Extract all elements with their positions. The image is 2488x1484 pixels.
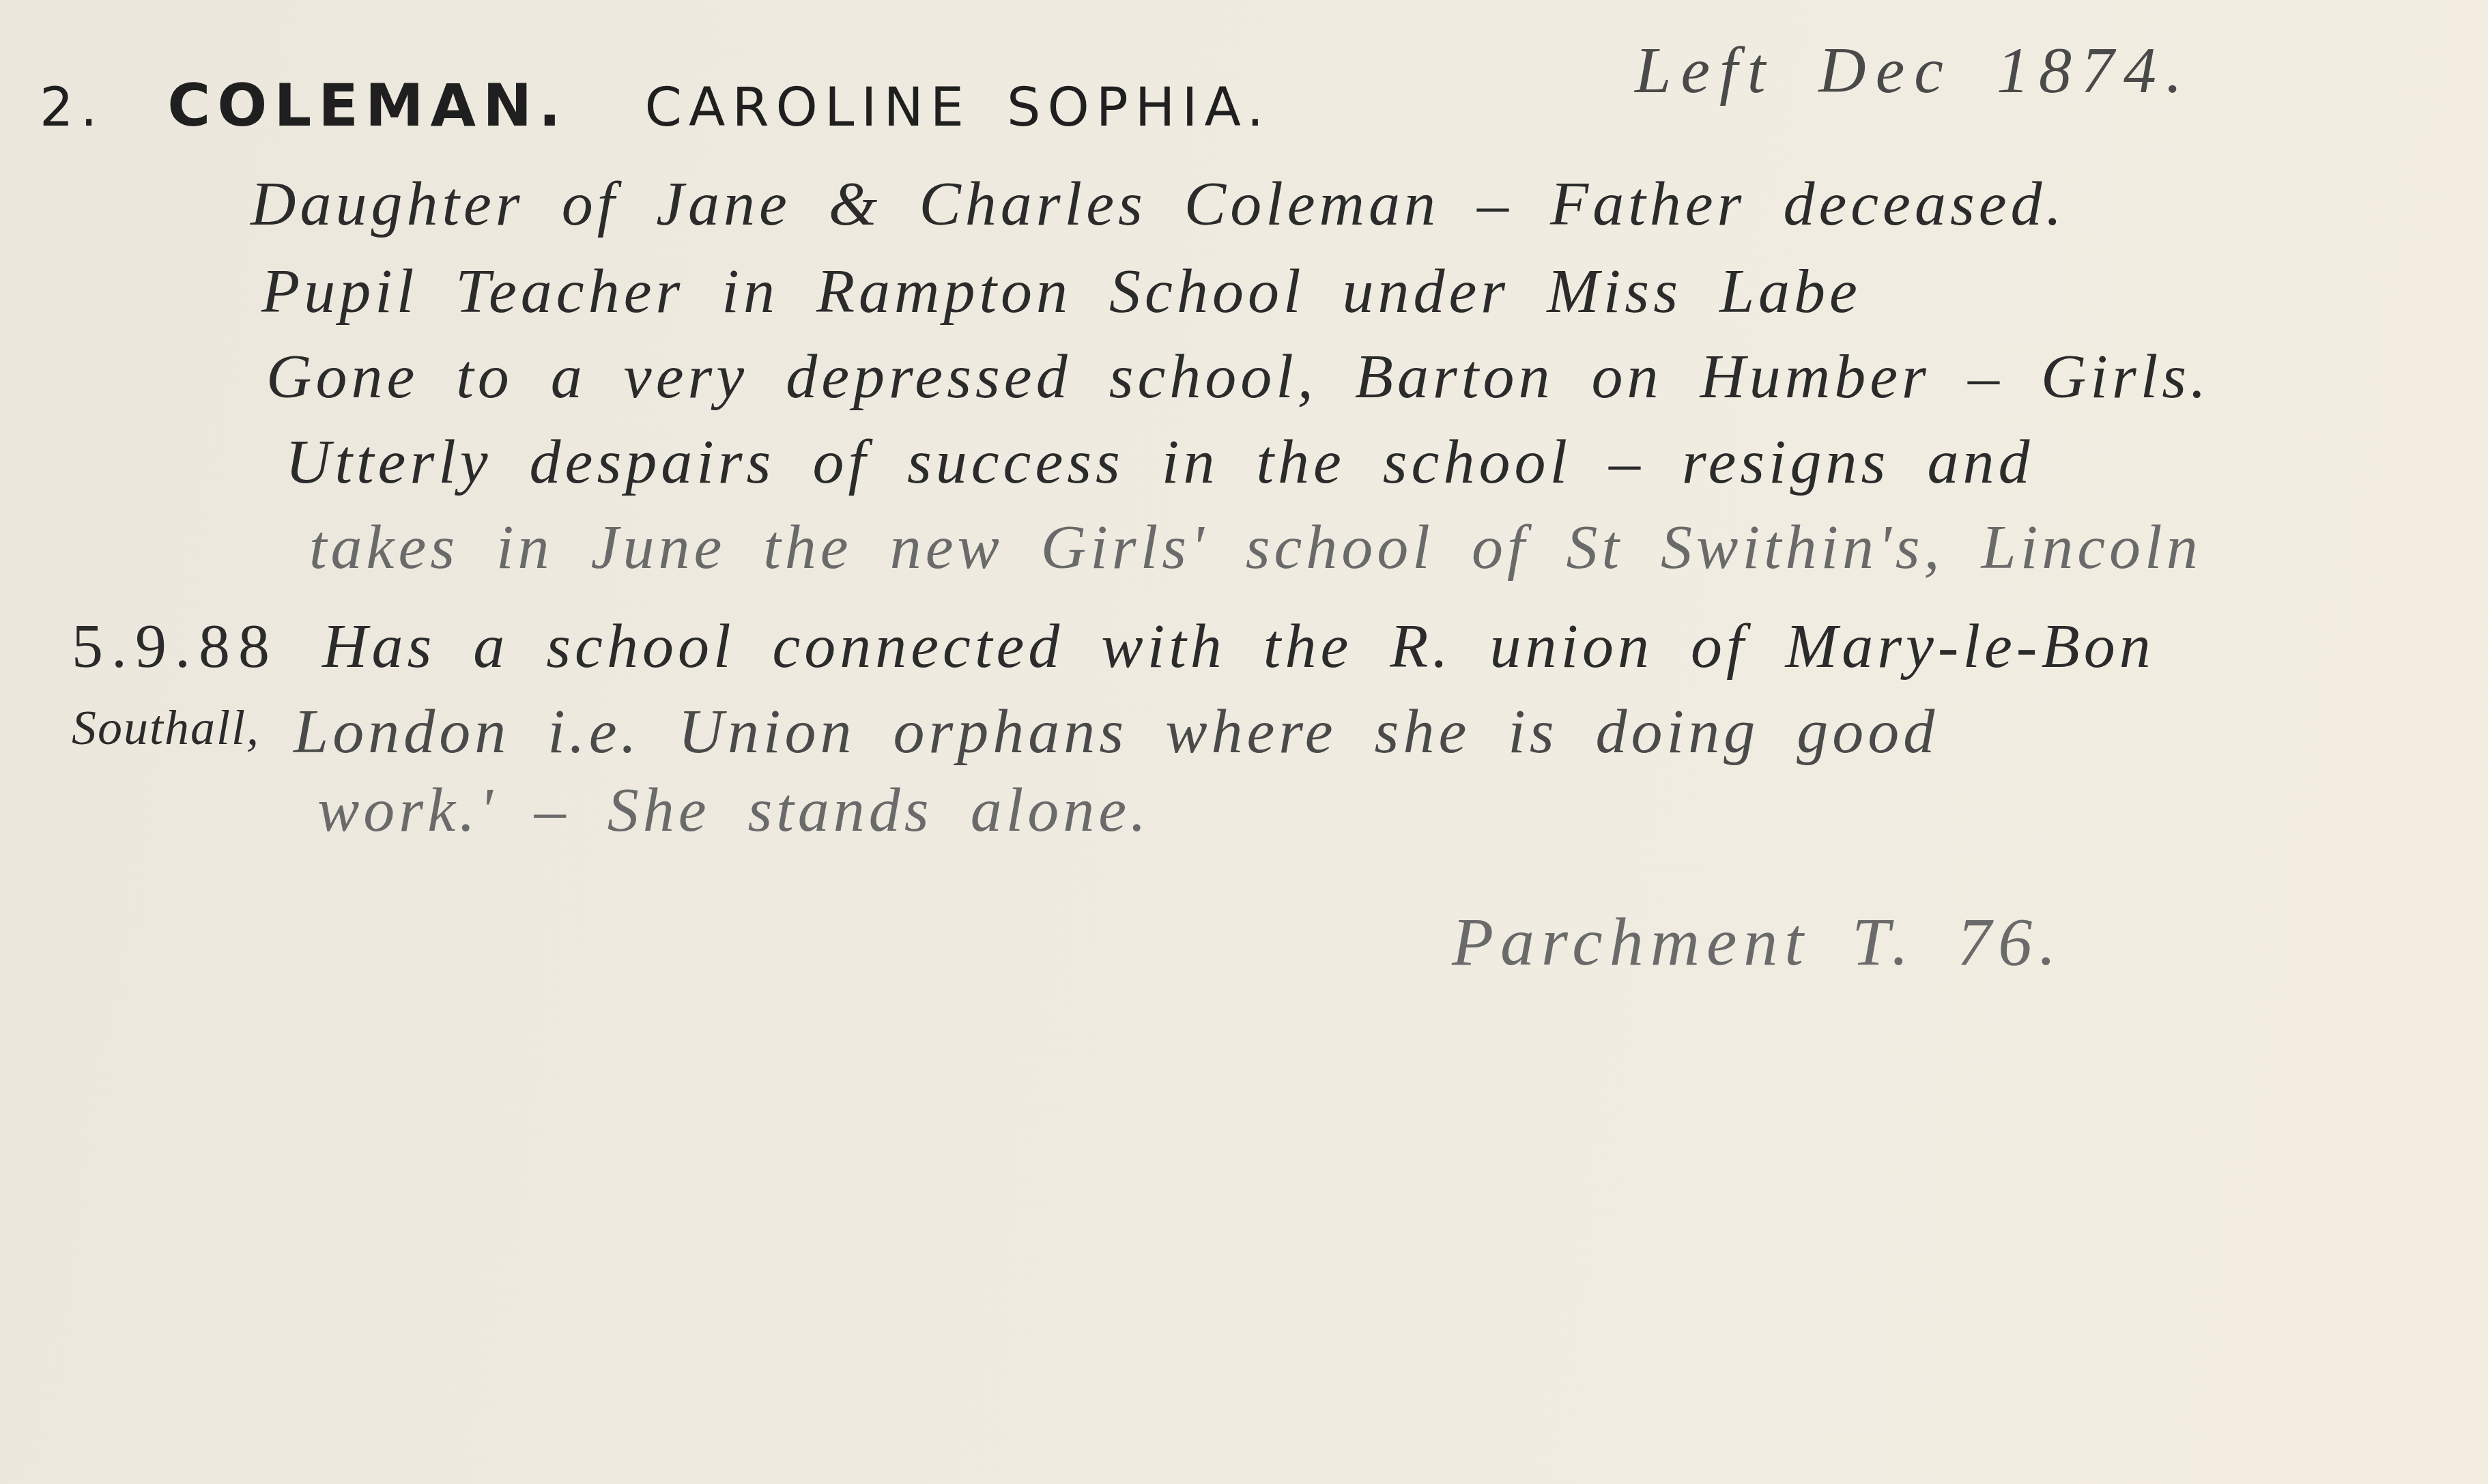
entry-number: 2.	[40, 77, 104, 139]
dated-note-line-3: work.' – She stands alone.	[317, 778, 1150, 841]
register-page: Left Dec 1874. 2. COLEMAN. CAROLINE SOPH…	[0, 0, 2488, 1484]
dated-note-line-2: London i.e. Union orphans where she is d…	[294, 700, 1939, 762]
body-line-new-school: takes in June the new Girls' school of S…	[309, 515, 2202, 578]
entry-surname: COLEMAN.	[167, 72, 568, 140]
left-date-note: Left Dec 1874.	[1635, 38, 2192, 103]
body-line-parents: Daughter of Jane & Charles Coleman – Fat…	[251, 172, 2066, 235]
body-line-depressed-school: Gone to a very depressed school, Barton …	[266, 345, 2210, 408]
dated-note-line-1: 5.9.88 Has a school connected with the R…	[72, 614, 2155, 677]
body-line-pupil-teacher: Pupil Teacher in Rampton School under Mi…	[261, 259, 1861, 322]
body-line-despairs: Utterly despairs of success in the schoo…	[285, 430, 2033, 493]
entry-given-names: CAROLINE SOPHIA.	[645, 77, 1271, 139]
margin-word-southall: Southall,	[72, 703, 260, 752]
parchment-note: Parchment T. 76.	[1452, 908, 2063, 976]
note-text-1: Has a school connected with the R. union…	[322, 611, 2155, 681]
note-date: 5.9.88	[72, 611, 278, 681]
entry-heading: 2. COLEMAN. CAROLINE SOPHIA.	[40, 76, 1270, 135]
